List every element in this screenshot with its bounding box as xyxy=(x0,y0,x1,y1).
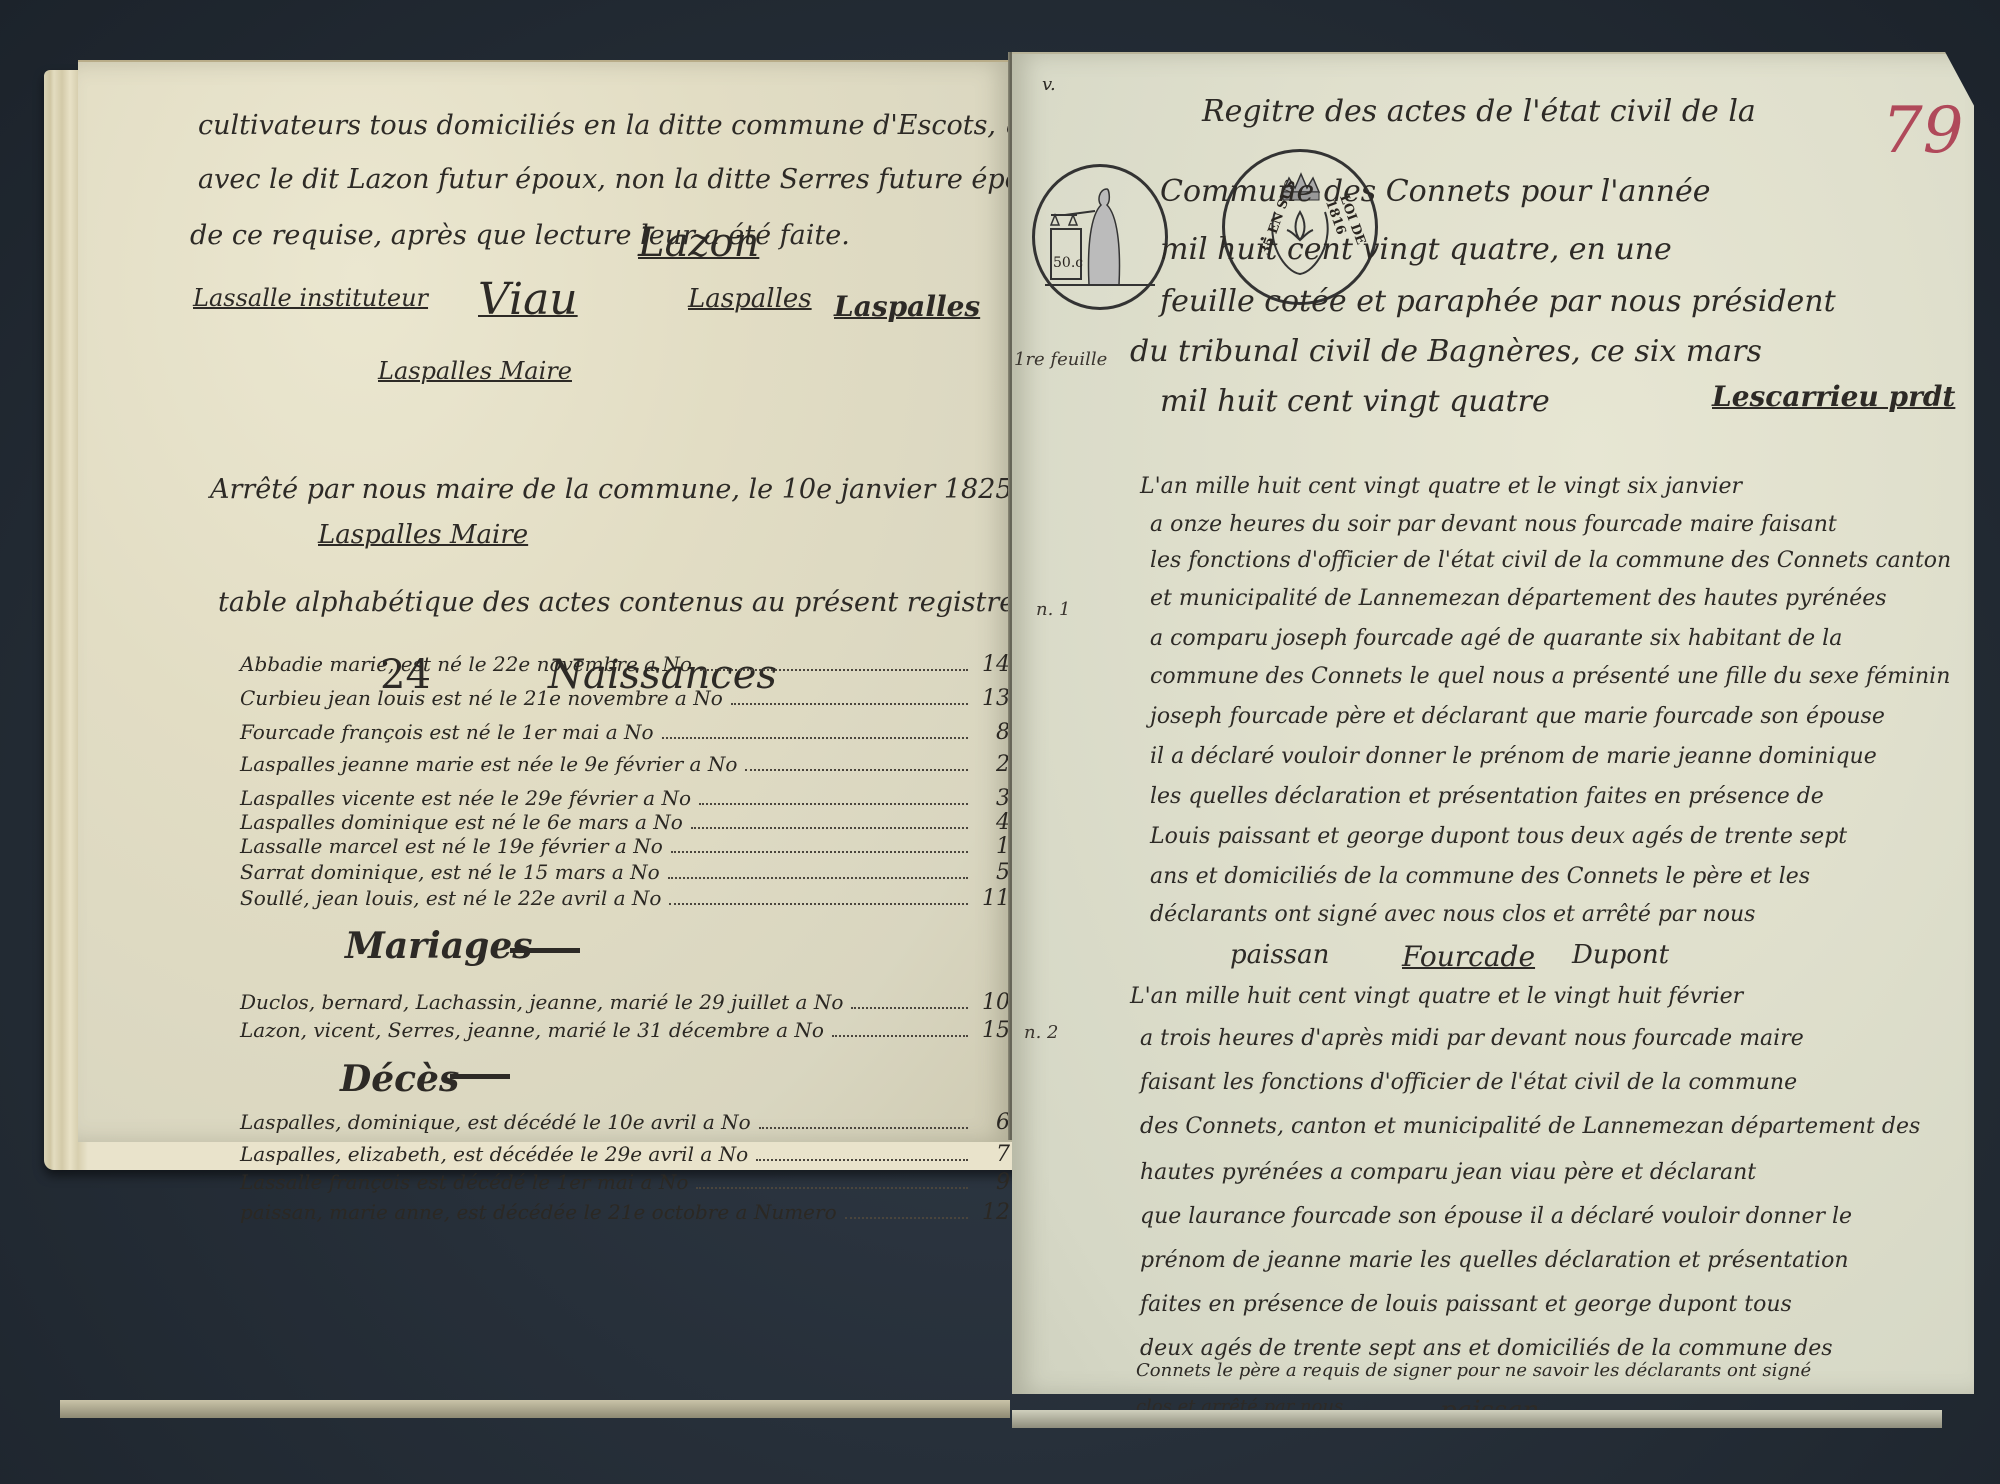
section-heading-mariages: Mariages xyxy=(345,925,533,967)
entry-text: Duclos, bernard, Lachassin, jeanne, mari… xyxy=(240,990,843,1014)
act-1-line: joseph fourcade père et déclarant que ma… xyxy=(1150,704,1885,729)
act-1-number: n. 1 xyxy=(1036,599,1071,620)
entry-text: Lazon, vicent, Serres, jeanne, marié le … xyxy=(240,1018,824,1042)
signature-viau: Viau xyxy=(478,274,578,325)
act-1-line: a comparu joseph fourcade agé de quarant… xyxy=(1150,626,1842,651)
list-item: Laspalles vicente est née le 29e février… xyxy=(240,786,1010,811)
arrete-signature: Laspalles Maire xyxy=(318,520,528,550)
right-page: v. 79 50.c 35 EN SUS LOI DE 1816 Regitre… xyxy=(1012,52,1974,1394)
dot-leader xyxy=(662,737,968,739)
list-item: Laspalles dominique est né le 6e mars a … xyxy=(240,810,1010,835)
heading-rule xyxy=(510,948,580,953)
list-item: Laspalles, elizabeth, est décédée le 29e… xyxy=(240,1142,1010,1167)
header-line-3: mil huit cent vingt quatre, en une xyxy=(1160,232,1672,267)
margin-note-feuille: 1re feuille xyxy=(1014,349,1107,370)
list-item: Soullé, jean louis, est né le 22e avril … xyxy=(240,886,1010,911)
entry-number: 11 xyxy=(974,886,1010,911)
act-1-signature-paissan: paissan xyxy=(1230,940,1329,970)
act-1-line: les quelles déclaration et présentation … xyxy=(1150,784,1824,809)
entry-text: Laspalles dominique est né le 6e mars a … xyxy=(240,810,683,834)
entry-number: 5 xyxy=(974,860,1010,885)
folio-number: 79 xyxy=(1882,94,1963,168)
list-item: Duclos, bernard, Lachassin, jeanne, mari… xyxy=(240,990,1010,1015)
entry-number: 13 xyxy=(974,686,1010,711)
entry-number: 9 xyxy=(974,1170,1010,1195)
header-line-2: Commune des Connets pour l'année xyxy=(1160,174,1710,209)
act-2-line: L'an mille huit cent vingt quatre et le … xyxy=(1130,984,1743,1009)
header-line-5: du tribunal civil de Bagnères, ce six ma… xyxy=(1130,334,1762,369)
act-2-line: que laurance fourcade son épouse il a dé… xyxy=(1140,1204,1852,1229)
justice-figure-icon xyxy=(1035,167,1165,307)
entry-text: Soullé, jean louis, est né le 22e avril … xyxy=(240,886,661,910)
act-1-signature-dupont: Dupont xyxy=(1572,940,1669,970)
list-item: Lassalle marcel est né le 19e février a … xyxy=(240,834,1010,859)
act-2-line: deux agés de trente sept ans et domicili… xyxy=(1140,1336,1833,1361)
act-1-line: et municipalité de Lannemezan départemen… xyxy=(1150,586,1887,611)
entry-number: 14 xyxy=(974,652,1010,677)
act-1-signature-fourcade: Fourcade xyxy=(1402,940,1535,973)
dot-leader xyxy=(671,851,968,853)
list-item: Lassalle françois est décédé le 1er mai … xyxy=(240,1170,1010,1195)
list-item: Abbadie marie, est né le 22e novembre a … xyxy=(240,652,1010,677)
entry-text: Laspalles, dominique, est décédé le 10e … xyxy=(240,1110,751,1134)
dot-leader xyxy=(759,1127,968,1129)
left-page-bottom-edge xyxy=(60,1400,1010,1418)
table-title: table alphabétique des actes contenus au… xyxy=(218,587,1015,618)
entry-number: 3 xyxy=(974,786,1010,811)
dot-leader xyxy=(851,1007,968,1009)
entry-number: 1 xyxy=(974,834,1010,859)
section-heading-deces: Décès xyxy=(340,1058,459,1100)
left-page: cultivateurs tous domiciliés en la ditte… xyxy=(78,60,1012,1142)
dot-leader xyxy=(745,769,968,771)
act-1-line: déclarants ont signé avec nous clos et a… xyxy=(1150,902,1755,927)
dot-leader xyxy=(696,1187,968,1189)
act-2-line: Connets le père a requis de signer pour … xyxy=(1136,1360,1811,1381)
act-1-line: commune des Connets le quel nous a prése… xyxy=(1150,664,1950,689)
list-item: Laspalles jeanne marie est née le 9e fév… xyxy=(240,752,1010,777)
corner-mark: v. xyxy=(1042,74,1056,95)
act-1-line: L'an mille huit cent vingt quatre et le … xyxy=(1140,474,1742,499)
signature-laspalles-maire: Laspalles Maire xyxy=(378,357,572,385)
dot-leader xyxy=(700,669,968,671)
entry-text: Lassalle marcel est né le 19e février a … xyxy=(240,834,663,858)
entry-number: 15 xyxy=(974,1018,1010,1043)
dot-leader xyxy=(699,803,968,805)
entry-text: paissan, marie anne, est décédée le 21e … xyxy=(240,1200,837,1224)
header-line-1: Regitre des actes de l'état civil de la xyxy=(1202,94,1756,129)
entry-number: 12 xyxy=(974,1200,1010,1225)
dot-leader xyxy=(845,1217,968,1219)
entry-number: 7 xyxy=(974,1142,1010,1167)
stamp-value: 50.c xyxy=(1053,255,1083,271)
entry-number: 10 xyxy=(974,990,1010,1015)
dot-leader xyxy=(668,877,968,879)
act-2-line: a trois heures d'après midi par devant n… xyxy=(1140,1026,1804,1051)
act-1-line: Louis paissant et george dupont tous deu… xyxy=(1150,824,1847,849)
list-item: Curbieu jean louis est né le 21e novembr… xyxy=(240,686,1010,711)
dot-leader xyxy=(669,903,968,905)
header-line-4: feuille cotée et paraphée par nous prési… xyxy=(1160,284,1836,319)
entry-text: Lassalle françois est décédé le 1er mai … xyxy=(240,1170,688,1194)
entry-text: Abbadie marie, est né le 22e novembre a … xyxy=(240,652,692,676)
dot-leader xyxy=(832,1035,968,1037)
entry-number: 8 xyxy=(974,720,1010,745)
entry-text: Curbieu jean louis est né le 21e novembr… xyxy=(240,686,723,710)
entry-number: 6 xyxy=(974,1110,1010,1135)
list-item: paissan, marie anne, est décédée le 21e … xyxy=(240,1200,1010,1225)
act-2-line: des Connets, canton et municipalité de L… xyxy=(1140,1114,1920,1139)
header-line-6: mil huit cent vingt quatre xyxy=(1160,384,1550,419)
act-2-line: faites en présence de louis paissant et … xyxy=(1140,1292,1792,1317)
act-2-line: faisant les fonctions d'officier de l'ét… xyxy=(1140,1070,1797,1095)
heading-rule xyxy=(450,1074,510,1079)
signature-lazon: Lazon xyxy=(638,220,759,266)
entry-number: 2 xyxy=(974,752,1010,777)
list-item: Laspalles, dominique, est décédé le 10e … xyxy=(240,1110,1010,1135)
signature-laspalles-1: Laspalles xyxy=(688,284,812,314)
act-1-line: ans et domiciliés de la commune des Conn… xyxy=(1150,864,1810,889)
dot-leader xyxy=(691,827,968,829)
list-item: Sarrat dominique, est né le 15 mars a No… xyxy=(240,860,1010,885)
stamp-justice-50c: 50.c xyxy=(1032,164,1168,310)
act-1-line: les fonctions d'officier de l'état civil… xyxy=(1150,548,1951,573)
arrete-line: Arrêté par nous maire de la commune, le … xyxy=(210,474,1013,505)
list-item: Lazon, vicent, Serres, jeanne, marié le … xyxy=(240,1018,1010,1043)
header-signature: Lescarrieu prdt xyxy=(1712,380,1955,413)
entry-text: Sarrat dominique, est né le 15 mars a No xyxy=(240,860,660,884)
right-page-bottom-edge xyxy=(1012,1410,1942,1428)
entry-number: 4 xyxy=(974,810,1010,835)
dot-leader xyxy=(756,1159,968,1161)
act-2-line: hautes pyrénées a comparu jean viau père… xyxy=(1140,1160,1756,1185)
act-1-line: a onze heures du soir par devant nous fo… xyxy=(1150,512,1837,537)
entry-text: Fourcade françois est né le 1er mai a No xyxy=(240,720,654,744)
signature-laspalles-2: Laspalles xyxy=(834,290,980,323)
act-2-number: n. 2 xyxy=(1024,1022,1059,1043)
entry-text: Laspalles, elizabeth, est décédée le 29e… xyxy=(240,1142,748,1166)
list-item: Fourcade françois est né le 1er mai a No… xyxy=(240,720,1010,745)
act-2-line: prénom de jeanne marie les quelles décla… xyxy=(1140,1248,1849,1273)
entry-text: Laspalles vicente est née le 29e février… xyxy=(240,786,691,810)
entry-text: Laspalles jeanne marie est née le 9e fév… xyxy=(240,752,737,776)
act-1-line: il a déclaré vouloir donner le prénom de… xyxy=(1150,744,1877,769)
stamp-loi-1816: 35 EN SUS LOI DE 1816 xyxy=(1222,149,1378,305)
dot-leader xyxy=(731,703,968,705)
signature-lassalle-instituteur: Lassalle instituteur xyxy=(193,284,428,312)
